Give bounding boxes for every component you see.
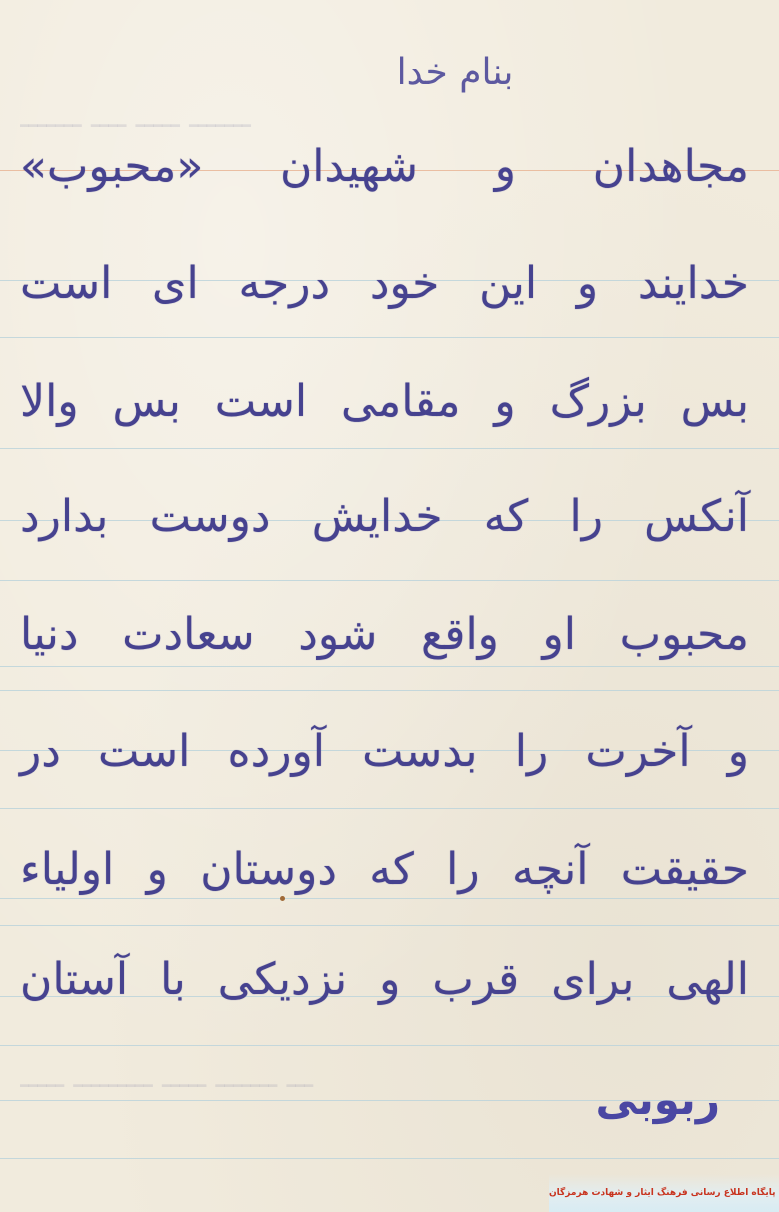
ruled-line [0,925,779,926]
letter-heading: بنام خدا [380,52,530,93]
watermark-text: پایگاه اطلاع رسانی فرهنگ ایثار و شهادت ه… [549,1188,776,1198]
handwritten-line-1: مجاهدان و شهیدان «محبوب» [20,145,749,189]
handwritten-line-5: محبوب او واقع شود سعادت دنیا [20,613,749,657]
handwritten-line-3: بس بزرگ و مقامی است بس والا [20,380,749,424]
letter-page: ـــــــ ــــ ـــــ ـــــــ ـــــ ـــــــ… [0,0,779,1212]
ink-spot [280,896,285,901]
ruled-line [0,580,779,581]
ruled-line [0,808,779,809]
ruled-line [0,1045,779,1046]
ruled-line [0,690,779,691]
handwritten-line-7: حقیقت آنچه را که دوستان و اولیاء [20,848,749,892]
handwritten-line-9: ربوبی [600,1075,720,1124]
ruled-line [0,337,779,338]
handwritten-line-2: خدایند و این خود درجه ای است [20,262,749,306]
ruled-line [0,1158,779,1159]
watermark: نوید شاهد پایگاه اطلاع رسانی فرهنگ ایثار… [549,1174,779,1212]
handwritten-line-8: الهی برای قرب و نزدیکی با آستان [20,958,749,1002]
handwritten-line-6: و آخرت را بدست آورده است در [20,730,749,774]
ruled-line [0,666,779,667]
bleed-through-text: ـــــــ ــــ ـــــ ـــــــ [20,100,759,135]
ruled-line [0,448,779,449]
handwritten-line-4: آنکس را که خدایش دوست بدارد [20,495,749,539]
ruled-line [0,898,779,899]
